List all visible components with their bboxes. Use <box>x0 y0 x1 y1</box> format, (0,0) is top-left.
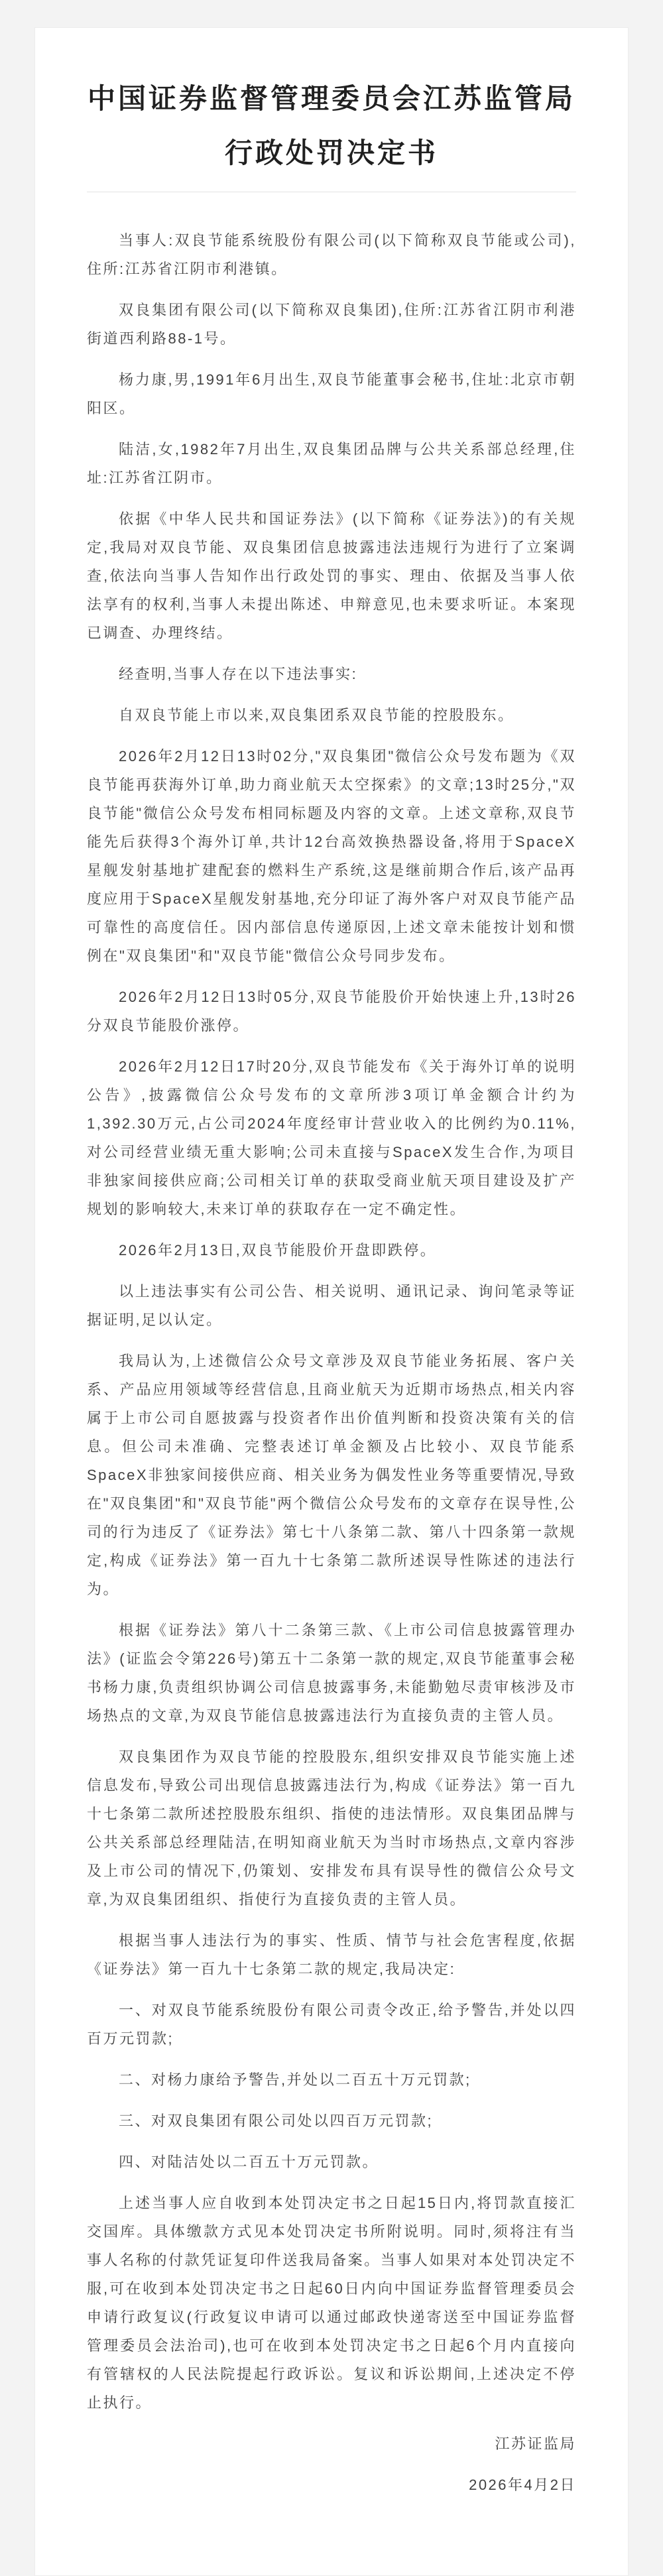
paragraph: 双良集团有限公司(以下简称双良集团),住所:江苏省江阴市利港街道西利路88-1号… <box>87 296 576 353</box>
paragraph: 上述当事人应自收到本处罚决定书之日起15日内,将罚款直接汇交国库。具体缴款方式见… <box>87 2189 576 2417</box>
paragraph: 根据《证券法》第八十二条第三款、《上市公司信息披露管理办法》(证监会令第226号… <box>87 1616 576 1730</box>
paragraph: 依据《中华人民共和国证券法》(以下简称《证券法》)的有关规定,我局对双良节能、双… <box>87 505 576 647</box>
paragraph: 当事人:双良节能系统股份有限公司(以下简称双良节能或公司),住所:江苏省江阴市利… <box>87 226 576 283</box>
paragraph: 经查明,当事人存在以下违法事实: <box>87 660 576 688</box>
title-line-1: 中国证券监督管理委员会江苏监管局 <box>87 72 576 126</box>
paragraph: 自双良节能上市以来,双良集团系双良节能的控股股东。 <box>87 701 576 729</box>
paragraph: 2026年2月13日,双良节能股价开盘即跌停。 <box>87 1236 576 1264</box>
paragraph: 2026年2月12日13时05分,双良节能股价开始快速上升,13时26分双良节能… <box>87 983 576 1040</box>
paragraph: 杨力康,男,1991年6月出生,双良节能董事会秘书,住址:北京市朝阳区。 <box>87 365 576 422</box>
paragraph: 双良集团作为双良节能的控股股东,组织安排双良节能实施上述信息发布,导致公司出现信… <box>87 1743 576 1914</box>
paragraph: 一、对双良节能系统股份有限公司责令改正,给予警告,并处以四百万元罚款; <box>87 1996 576 2053</box>
paragraph: 根据当事人违法行为的事实、性质、情节与社会危害程度,依据《证券法》第一百九十七条… <box>87 1926 576 1983</box>
paragraph: 我局认为,上述微信公众号文章涉及双良节能业务拓展、客户关系、产品应用领域等经营信… <box>87 1347 576 1603</box>
signature-issuer: 江苏证监局 <box>87 2429 576 2458</box>
document-card: 中国证券监督管理委员会江苏监管局 行政处罚决定书 当事人:双良节能系统股份有限公… <box>34 27 629 2576</box>
paragraph: 二、对杨力康给予警告,并处以二百五十万元罚款; <box>87 2065 576 2094</box>
paragraph: 三、对双良集团有限公司处以四百万元罚款; <box>87 2107 576 2135</box>
document-body: 当事人:双良节能系统股份有限公司(以下简称双良节能或公司),住所:江苏省江阴市利… <box>87 226 576 2417</box>
paragraph: 2026年2月12日17时20分,双良节能发布《关于海外订单的说明公告》,披露微… <box>87 1052 576 1223</box>
paragraph: 陆洁,女,1982年7月出生,双良集团品牌与公共关系部总经理,住址:江苏省江阴市… <box>87 435 576 492</box>
paragraph: 以上违法事实有公司公告、相关说明、通讯记录、询问笔录等证据证明,足以认定。 <box>87 1277 576 1334</box>
title-divider <box>87 192 576 192</box>
paragraph: 四、对陆洁处以二百五十万元罚款。 <box>87 2148 576 2176</box>
signature-date: 2026年4月2日 <box>87 2471 576 2499</box>
paragraph: 2026年2月12日13时02分,"双良集团"微信公众号发布题为《双良节能再获海… <box>87 742 576 970</box>
document-title: 中国证券监督管理委员会江苏监管局 行政处罚决定书 <box>87 72 576 180</box>
title-line-2: 行政处罚决定书 <box>87 126 576 180</box>
